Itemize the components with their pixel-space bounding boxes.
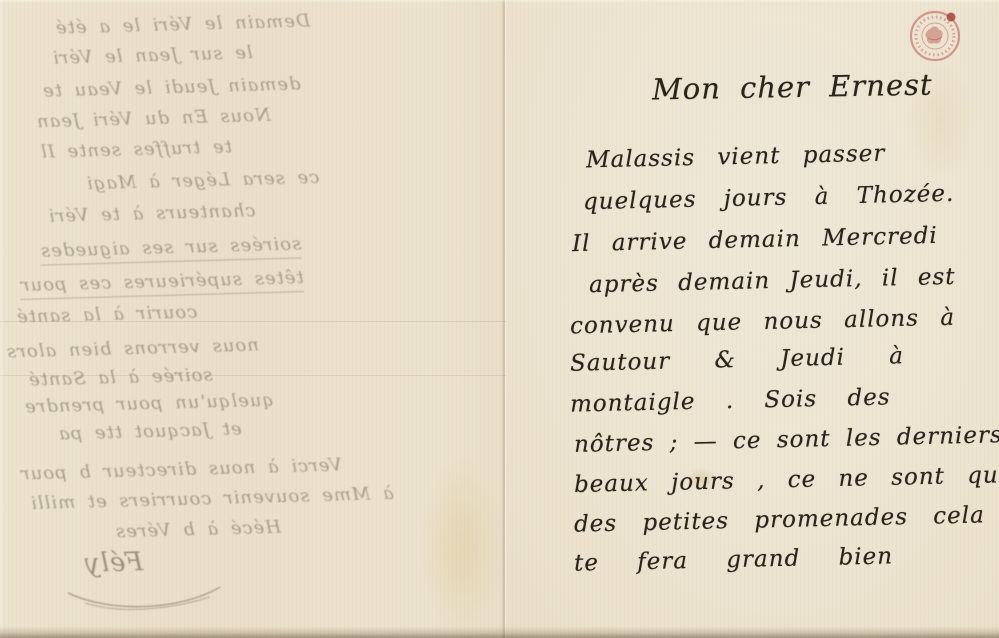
collection-stamp bbox=[905, 5, 965, 65]
showthrough-line: soirée à la Santé bbox=[28, 364, 213, 390]
center-fold bbox=[501, 0, 507, 638]
paper-edge bbox=[0, 0, 999, 3]
salutation: Mon cher Ernest bbox=[652, 68, 933, 107]
showthrough-line: ce sera Léger à Magi bbox=[86, 167, 320, 195]
letter-scan: Demain le Véri le a été le sur Jean le V… bbox=[0, 0, 999, 638]
showthrough-line: courir à la santé bbox=[16, 301, 198, 327]
showthrough-line: Nous En du Véri Jean bbox=[36, 105, 271, 133]
showthrough-line: te truffes sente Il bbox=[40, 136, 232, 162]
showthrough-line: le sur Jean le Véri bbox=[52, 42, 253, 69]
showthrough-line: quelqu'un pour prendre bbox=[24, 390, 274, 418]
showthrough-line: soirées sur ses aiguedes bbox=[40, 233, 302, 265]
signature-flourish bbox=[60, 575, 230, 620]
showthrough-line: demain Jeudi le Veau te bbox=[42, 73, 301, 101]
showthrough-line: Verci à nous directeur b pour bbox=[20, 455, 342, 485]
showthrough-line: Demain le Véri le a été bbox=[55, 10, 311, 38]
horizontal-crease bbox=[0, 375, 506, 376]
stamp-emblem-icon bbox=[925, 26, 942, 43]
paper-edge-shadow bbox=[0, 626, 999, 638]
showthrough-line: chanteurs à te Véri bbox=[48, 200, 256, 227]
showthrough-line: à Mme souvenir courriers et milli bbox=[30, 483, 394, 514]
paper-stain bbox=[416, 455, 504, 638]
showthrough-line: Hécé à b Véres bbox=[115, 517, 282, 543]
horizontal-crease bbox=[0, 321, 506, 323]
paper-edge bbox=[0, 0, 4, 638]
showthrough-line: têtes supérieures ces pour bbox=[20, 267, 304, 300]
showthrough-line: et Jacquot tte pa bbox=[58, 418, 242, 444]
showthrough-line: nous verrons bien alors bbox=[6, 334, 259, 362]
